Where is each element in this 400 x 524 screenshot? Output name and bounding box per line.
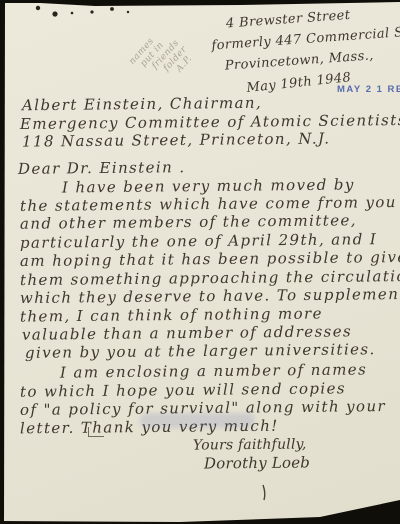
body-line: I have been very much moved by	[62, 177, 355, 195]
recipient-name: Albert Einstein, Chairman,	[22, 96, 262, 114]
pen-bracket-mark	[88, 427, 104, 437]
stamp-bleedthrough	[140, 413, 255, 428]
recipient-org: Emergency Committee of Atomic Scientists	[20, 113, 400, 132]
body-line: am hoping that it has been possible to g…	[20, 250, 400, 269]
signature: Dorothy Loeb	[204, 455, 310, 471]
body-line: and other members of the committee,	[20, 213, 357, 232]
recipient-address: 118 Nassau Street, Princeton, N.J.	[22, 131, 331, 149]
received-date-stamp: MAY 2 1 REC'D	[337, 84, 400, 95]
body-line: given by you at the larger universities.	[25, 342, 376, 361]
body-line: which they deserve to have. To supplemen…	[20, 287, 400, 306]
closing: Yours faithfully,	[193, 437, 307, 452]
scanned-letter: names put in friends folder A.P. 4 Brews…	[0, 0, 400, 524]
salutation: Dear Dr. Einstein .	[18, 160, 186, 177]
body-line: I am enclosing a number of names	[60, 362, 367, 380]
body-line: to which I hope you will send copies	[20, 381, 346, 399]
body-line: them, I can think of nothing more	[20, 306, 323, 324]
